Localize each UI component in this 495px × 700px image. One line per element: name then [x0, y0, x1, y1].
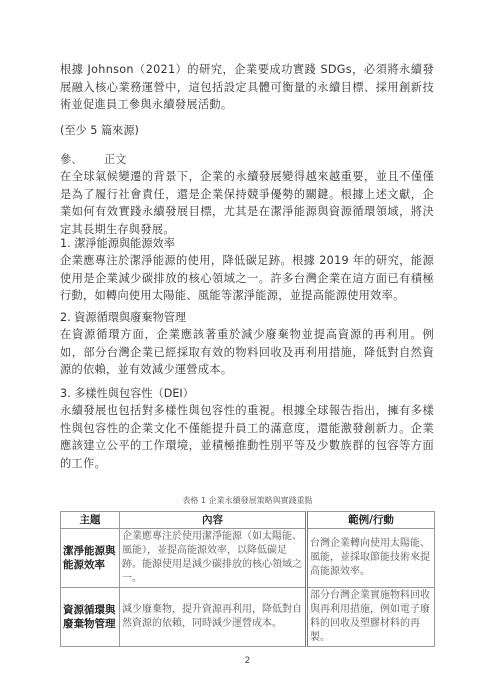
row-content: 企業應專注於使用潔淨能源（如太陽能、風能），並提高能源效率，以降低碳足跡。能源使… [120, 529, 307, 588]
row-example: 部分台灣企業實施物料回收與再利用措施，例如電子廢料的回收及塑膠材料的再製。 [307, 588, 435, 647]
row-content: 減少廢棄物，提升資源再利用，降低對自然資源的依賴，同時減少運營成本。 [120, 588, 307, 647]
table-header-row: 主題 內容 範例/行動 [61, 512, 435, 529]
subsection-body-2: 在資源循環方面，企業應該著重於減少廢棄物並提高資源的再利用。例如，部分台灣企業已… [60, 326, 434, 379]
subsection-heading-3: 3. 多樣性與包容性（DEI） [60, 385, 194, 402]
section-number: 參、 [60, 151, 104, 168]
page-number: 2 [0, 656, 495, 666]
subsection-body-3: 永續發展也包括對多樣性與包容性的重視。根據全球報告指出，擁有多樣性與包容性的企業… [60, 402, 434, 472]
row-example: 台灣企業轉向使用太陽能、風能，並採取節能技術來提高能源效率。 [307, 529, 435, 588]
table-row: 資源循環與廢棄物管理 減少廢棄物，提升資源再利用，降低對自然資源的依賴，同時減少… [61, 588, 435, 647]
main-paragraph: 在全球氣候變遷的背景下，企業的永續發展變得越來越重要，並且不僅僅是為了履行社會責… [60, 168, 434, 238]
header-example: 範例/行動 [307, 512, 435, 529]
section-title: 正文 [104, 153, 126, 166]
intro-paragraph: 根據 Johnson（2021）的研究，企業要成功實踐 SDGs，必須將永續發展… [60, 61, 434, 114]
subsection-body-1: 企業應專注於潔淨能源的使用，降低碳足跡。根據 2019 年的研究，能源使用是企業… [60, 252, 434, 305]
table-row: 潔淨能源與能源效率 企業應專注於使用潔淨能源（如太陽能、風能），並提高能源效率，… [61, 529, 435, 588]
header-topic: 主題 [61, 512, 120, 529]
subsection-heading-1: 1. 潔淨能源與能源效率 [60, 235, 175, 252]
strategy-table: 主題 內容 範例/行動 潔淨能源與能源效率 企業應專注於使用潔淨能源（如太陽能、… [60, 511, 435, 647]
document-page: 根據 Johnson（2021）的研究，企業要成功實踐 SDGs，必須將永續發展… [0, 0, 495, 700]
header-content: 內容 [120, 512, 307, 529]
subsection-heading-2: 2. 資源循環與廢棄物管理 [60, 309, 186, 326]
section-heading: 參、正文 [60, 151, 126, 168]
row-topic: 潔淨能源與能源效率 [61, 529, 120, 588]
table-caption: 表格 1 企業永續發展策略與實踐重點 [0, 496, 495, 506]
row-topic: 資源循環與廢棄物管理 [61, 588, 120, 647]
source-note: (至少 5 篇來源) [60, 122, 139, 139]
